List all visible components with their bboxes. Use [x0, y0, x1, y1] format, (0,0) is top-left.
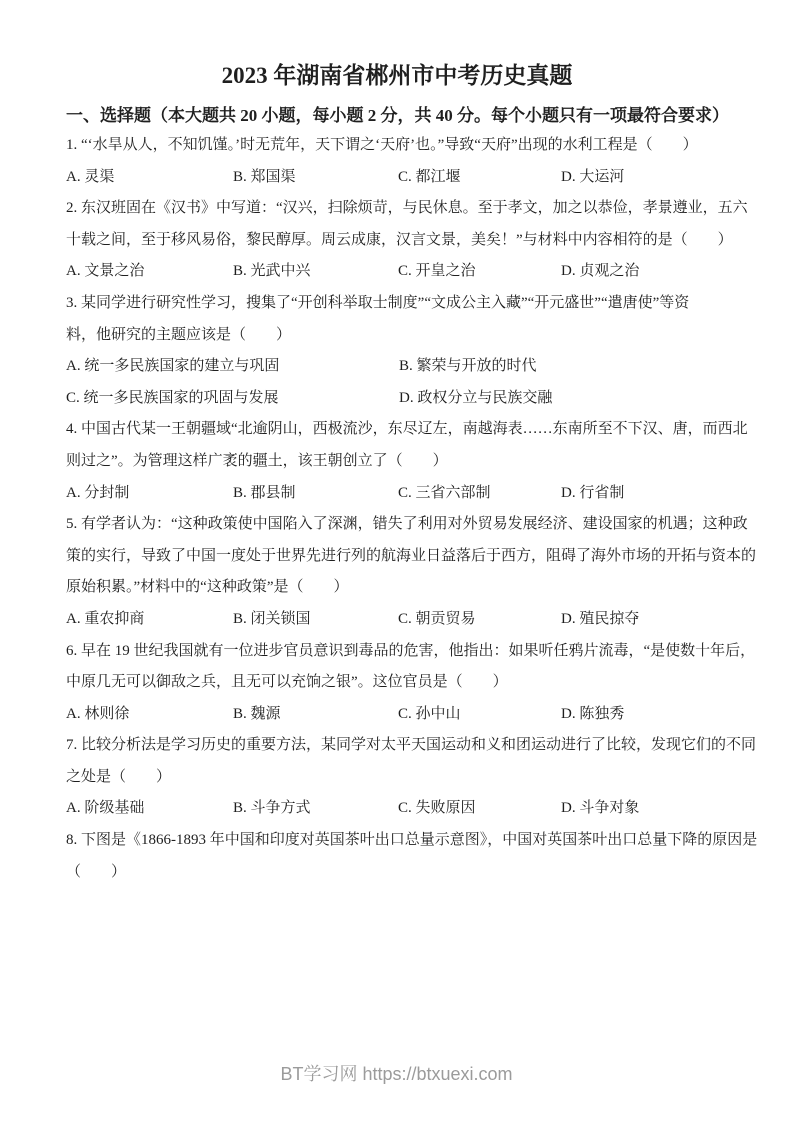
question-5: 5. 有学者认为：“这种政策使中国陷入了深渊，错失了利用对外贸易发展经济、建设国…	[66, 509, 728, 635]
option-b: B. 郡县制	[233, 478, 398, 510]
question-stem-line: 策的实行，导致了中国一度处于世界先进行列的航海业日益落后于西方，阻碍了海外市场的…	[66, 541, 728, 573]
question-2: 2. 东汉班固在《汉书》中写道：“汉兴，扫除烦苛，与民休息。至于孝文，加之以恭俭…	[66, 193, 728, 288]
option-b: B. 斗争方式	[233, 793, 398, 825]
question-stem-line: 十载之间，至于移风易俗，黎民醇厚。周云成康，汉言文景，美矣！”与材料中内容相符的…	[66, 225, 728, 257]
option-b: B. 繁荣与开放的时代	[399, 351, 728, 383]
question-stem-line: 4. 中国古代某一王朝疆域“北逾阴山，西极流沙，东尽辽左，南越海表……东南所至不…	[66, 414, 728, 446]
question-stem-line: 8. 下图是《1866-1893 年中国和印度对英国茶叶出口总量示意图》，中国对…	[66, 825, 728, 857]
question-stem-line: 6. 早在 19 世纪我国就有一位进步官员意识到毒品的危害，他指出：如果听任鸦片…	[66, 636, 728, 668]
question-stem-line: 中原几无可以御敌之兵，且无可以充饷之银”。这位官员是（ ）	[66, 667, 728, 699]
option-c: C. 朝贡贸易	[398, 604, 561, 636]
option-a: A. 阶级基础	[66, 793, 233, 825]
option-a: A. 文景之治	[66, 256, 233, 288]
watermark: BT学习网 https://btxuexi.com	[0, 1062, 793, 1086]
question-7: 7. 比较分析法是学习历史的重要方法，某同学对太平天国运动和义和团运动进行了比较…	[66, 730, 728, 825]
question-6: 6. 早在 19 世纪我国就有一位进步官员意识到毒品的危害，他指出：如果听任鸦片…	[66, 636, 728, 731]
option-b: B. 魏源	[233, 699, 398, 731]
option-a: A. 统一多民族国家的建立与巩固	[66, 351, 399, 383]
question-stem-line: 原始积累。”材料中的“这种政策”是（ ）	[66, 572, 728, 604]
option-d: D. 政权分立与民族交融	[399, 383, 728, 415]
exam-paper-page: 2023 年湖南省郴州市中考历史真题 一、选择题（本大题共 20 小题，每小题 …	[0, 0, 793, 1122]
question-stem-line: 料，他研究的主题应该是（ ）	[66, 320, 728, 352]
options-row: A. 林则徐 B. 魏源 C. 孙中山 D. 陈独秀	[66, 699, 728, 731]
option-c: C. 开皇之治	[398, 256, 561, 288]
question-8: 8. 下图是《1866-1893 年中国和印度对英国茶叶出口总量示意图》，中国对…	[66, 825, 728, 888]
option-b: B. 郑国渠	[233, 162, 398, 194]
page-title: 2023 年湖南省郴州市中考历史真题	[66, 60, 728, 92]
options-row: A. 文景之治 B. 光武中兴 C. 开皇之治 D. 贞观之治	[66, 256, 728, 288]
option-d: D. 行省制	[561, 478, 728, 510]
options-row: A. 统一多民族国家的建立与巩固 B. 繁荣与开放的时代	[66, 351, 728, 383]
question-stem-line: 7. 比较分析法是学习历史的重要方法，某同学对太平天国运动和义和团运动进行了比较…	[66, 730, 728, 762]
option-c: C. 三省六部制	[398, 478, 561, 510]
option-c: C. 都江堰	[398, 162, 561, 194]
question-3: 3. 某同学进行研究性学习，搜集了“开创科举取士制度”“文成公主入藏”“开元盛世…	[66, 288, 728, 414]
option-d: D. 陈独秀	[561, 699, 728, 731]
page-content: 2023 年湖南省郴州市中考历史真题 一、选择题（本大题共 20 小题，每小题 …	[66, 0, 728, 888]
option-d: D. 斗争对象	[561, 793, 728, 825]
question-4: 4. 中国古代某一王朝疆域“北逾阴山，西极流沙，东尽辽左，南越海表……东南所至不…	[66, 414, 728, 509]
options-row: A. 分封制 B. 郡县制 C. 三省六部制 D. 行省制	[66, 478, 728, 510]
question-stem-line: 1. “‘水旱从人，不知饥馑。’时无荒年，天下谓之‘天府’也。”导致“天府”出现…	[66, 130, 728, 162]
option-b: B. 光武中兴	[233, 256, 398, 288]
options-row: A. 阶级基础 B. 斗争方式 C. 失败原因 D. 斗争对象	[66, 793, 728, 825]
question-stem-line: 3. 某同学进行研究性学习，搜集了“开创科举取士制度”“文成公主入藏”“开元盛世…	[66, 288, 728, 320]
option-d: D. 大运河	[561, 162, 728, 194]
question-stem-line: 之处是（ ）	[66, 762, 728, 794]
option-c: C. 孙中山	[398, 699, 561, 731]
option-d: D. 贞观之治	[561, 256, 728, 288]
option-a: A. 分封制	[66, 478, 233, 510]
question-stem-line: 5. 有学者认为：“这种政策使中国陷入了深渊，错失了利用对外贸易发展经济、建设国…	[66, 509, 728, 541]
option-a: A. 灵渠	[66, 162, 233, 194]
options-row: C. 统一多民族国家的巩固与发展 D. 政权分立与民族交融	[66, 383, 728, 415]
question-1: 1. “‘水旱从人，不知饥馑。’时无荒年，天下谓之‘天府’也。”导致“天府”出现…	[66, 130, 728, 193]
question-stem-line: （ ）	[66, 857, 728, 889]
question-stem-line: 2. 东汉班固在《汉书》中写道：“汉兴，扫除烦苛，与民休息。至于孝文，加之以恭俭…	[66, 193, 728, 225]
question-stem-line: 则过之”。为管理这样广袤的疆土，该王朝创立了（ ）	[66, 446, 728, 478]
section-header: 一、选择题（本大题共 20 小题，每小题 2 分，共 40 分。每个小题只有一项…	[66, 102, 728, 130]
options-row: A. 重农抑商 B. 闭关锁国 C. 朝贡贸易 D. 殖民掠夺	[66, 604, 728, 636]
option-a: A. 重农抑商	[66, 604, 233, 636]
option-c: C. 统一多民族国家的巩固与发展	[66, 383, 399, 415]
option-d: D. 殖民掠夺	[561, 604, 728, 636]
option-b: B. 闭关锁国	[233, 604, 398, 636]
options-row: A. 灵渠 B. 郑国渠 C. 都江堰 D. 大运河	[66, 162, 728, 194]
option-a: A. 林则徐	[66, 699, 233, 731]
option-c: C. 失败原因	[398, 793, 561, 825]
